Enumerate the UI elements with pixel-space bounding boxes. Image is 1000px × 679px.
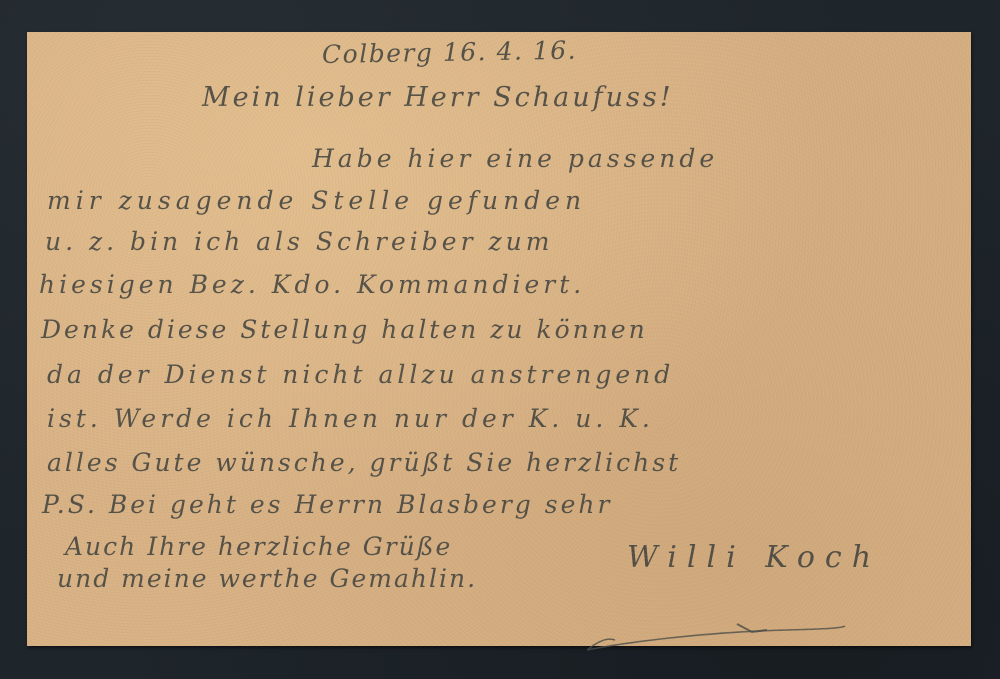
signature: Willi Koch xyxy=(627,540,881,575)
place-date: Colberg 16. 4. 16. xyxy=(322,36,578,69)
body-line-2: mir zusagende Stelle gefunden xyxy=(47,186,586,215)
postscript: P.S. Bei geht es Herrn Blasberg sehr xyxy=(42,490,612,519)
body-line-4: hiesigen Bez. Kdo. Kommandiert. xyxy=(39,270,585,299)
body-line-7: ist. Werde ich Ihnen nur der K. u. K. xyxy=(47,404,654,433)
postcard: Colberg 16. 4. 16. Mein lieber Herr Scha… xyxy=(27,32,971,646)
salutation: Mein lieber Herr Schaufuss! xyxy=(202,82,674,113)
body-line-5: Denke diese Stellung halten zu können xyxy=(41,315,648,344)
signature-flourish xyxy=(587,602,847,652)
body-line-6: da der Dienst nicht allzu anstrengend xyxy=(47,360,674,389)
body-line-3: u. z. bin ich als Schreiber zum xyxy=(45,227,553,256)
body-line-1: Habe hier eine passende xyxy=(312,144,718,173)
closing-line-2: und meine werthe Gemahlin. xyxy=(57,564,477,593)
body-line-8: alles Gute wünsche, grüßt Sie herzlichst xyxy=(47,448,681,477)
closing-line-1: Auch Ihre herzliche Grüße xyxy=(65,532,452,561)
